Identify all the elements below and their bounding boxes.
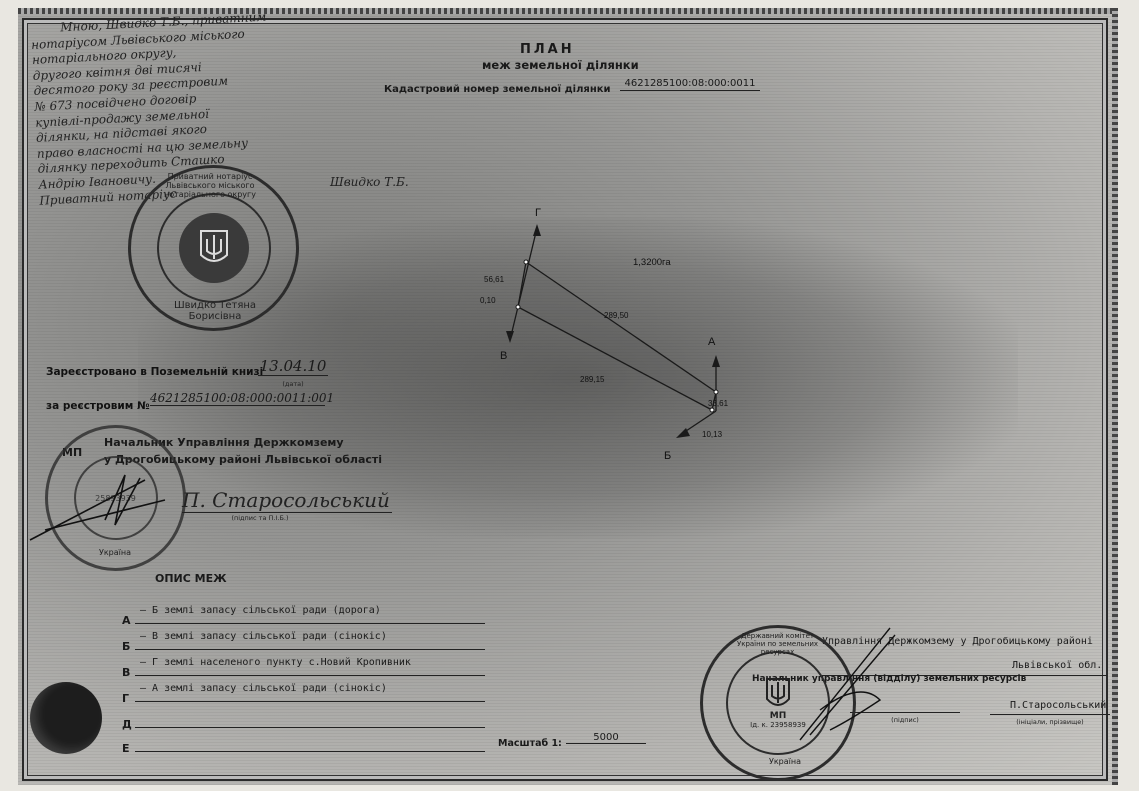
edge-label-bottom: 289,15: [580, 375, 605, 384]
boundary-description: – Г землі населеного пункту с.Новий Кроп…: [140, 657, 411, 668]
boundary-line: [135, 649, 485, 650]
registered-label: Зареєстровано в Поземельній книзі: [46, 366, 263, 378]
date-caption: (дата): [268, 380, 318, 388]
registry-number: 4621285100:08:000:0011:001: [150, 391, 325, 406]
boundary-letter: Д: [122, 718, 136, 731]
boundary-description: – А землі запасу сільської ради (сінокіс…: [140, 683, 387, 694]
department-line2: Львівської обл.: [1012, 660, 1102, 671]
page-title: ПЛАН: [520, 42, 575, 57]
notary-stamp-inner: [157, 193, 271, 303]
registration-signature-scribble: [25, 470, 185, 550]
cadastral-number: 4621285100:08:000:0011: [620, 78, 760, 91]
scale-label: Масштаб 1:: [498, 738, 562, 749]
boundary-line: [135, 675, 485, 676]
boundaries-title: ОПИС МЕЖ: [155, 572, 227, 585]
scale-value: 5000: [566, 732, 646, 744]
name-line: [990, 714, 1110, 715]
decorative-border-right: [1112, 8, 1118, 785]
point-label-b: Б: [664, 450, 671, 462]
boundary-letter: Г: [122, 692, 136, 705]
notary-stamp-name: Швидко Тетяна Борисівна: [160, 300, 270, 322]
boundary-line: [135, 701, 485, 702]
registration-date: 13.04.10: [258, 357, 328, 376]
department-signature-scribble: [790, 620, 910, 750]
department-head-name: П.Старосольський: [1010, 700, 1106, 711]
department-name-caption: (ініціали, прізвище): [1005, 718, 1095, 726]
notary-signature: Швидко Т.Б.: [330, 175, 409, 189]
cadastral-label: Кадастровий номер земельної ділянки: [384, 84, 611, 95]
edge-label-right-upper: 33,61: [708, 399, 729, 408]
boundary-letter: А: [122, 614, 136, 627]
area-label: 1,3200га: [633, 257, 671, 268]
edge-label-top: 289,50: [604, 311, 629, 320]
boundary-line: [135, 727, 485, 728]
point-label-g: Г: [535, 207, 541, 219]
page-subtitle: меж земельної ділянки: [482, 58, 639, 72]
signature-caption: (підпис та П.І.Б.): [210, 514, 310, 522]
point-label-v: В: [500, 350, 507, 362]
trident-emblem-icon: [765, 677, 791, 711]
edge-label-left-upper: 56,61: [484, 275, 505, 284]
boundary-letter: В: [122, 666, 136, 679]
point-label-a: А: [708, 336, 716, 348]
registry-number-label: за реєстровим №: [46, 400, 150, 412]
boundary-description: – В землі запасу сільської ради (сінокіс…: [140, 631, 387, 642]
department-mp-label: МП: [770, 711, 787, 721]
edge-label-right-lower: 10,13: [702, 430, 723, 439]
punch-hole-mark: [30, 682, 102, 754]
boundary-letter: Б: [122, 640, 136, 653]
boundary-letter: Е: [122, 742, 136, 755]
plot-plan-drawing: Г В А Б 1,3200га 289,50 289,15 56,61 0,1…: [480, 200, 780, 470]
boundary-line: [135, 623, 485, 624]
notary-stamp-text: Приватний нотаріус Львівського міського …: [150, 172, 270, 199]
registration-signature: П. Старосольський: [182, 488, 392, 513]
boundary-description: – Б землі запасу сільської ради (дорога): [140, 605, 381, 616]
department-stamp-bottom-text: Україна: [765, 757, 805, 766]
edge-label-left-lower: 0,10: [480, 296, 496, 305]
boundary-line: [135, 751, 485, 752]
trident-emblem-icon: [179, 213, 249, 283]
